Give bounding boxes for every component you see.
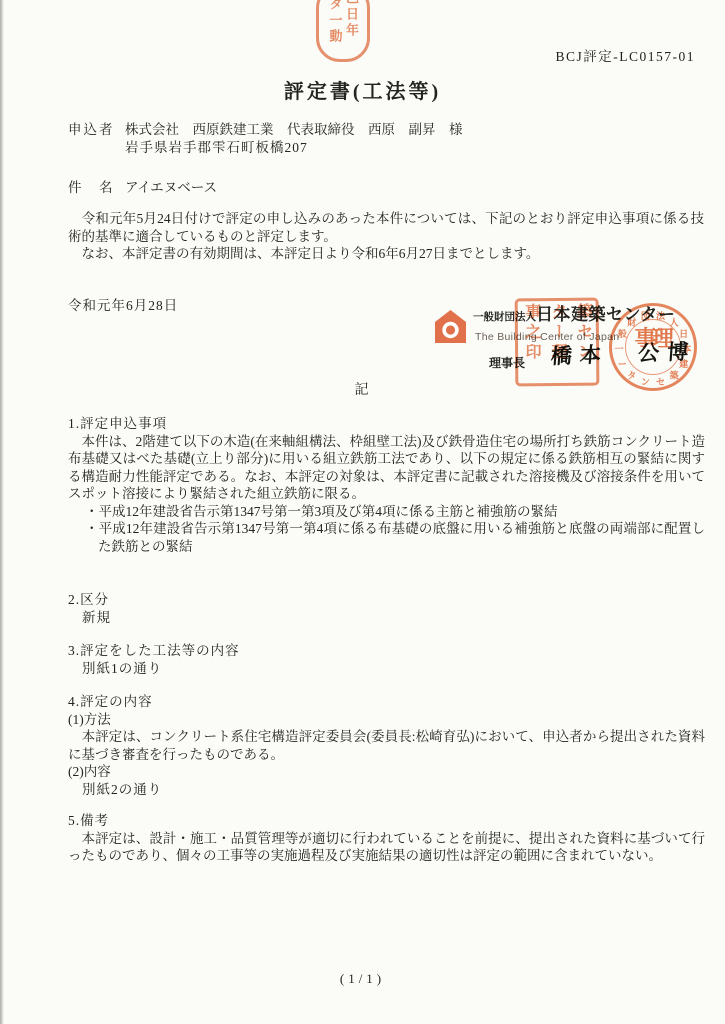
spacer xyxy=(68,677,705,693)
section-4-method-body: 本評定は、コンクリート系住宅構造評定委員会(委員長:松崎育弘)において、申込者か… xyxy=(68,728,705,763)
square-seal-stamp: 日本建築センター理事之印 xyxy=(515,298,600,387)
section-1: 1.評定申込事項 本件は、2階建て以下の木造(在来軸組構法、枠組壁工法)及び鉄骨… xyxy=(68,415,705,555)
page-number: (1/1) xyxy=(0,970,725,988)
applicant-address: 岩手県岩手郡雫石町板橋207 xyxy=(125,139,463,157)
intro-paragraphs: 令和元年5月24日付けで評定の申し込みのあった本件については、下記のとおり評定申… xyxy=(68,210,704,263)
section-5-body: 本評定は、設計・施工・品質管理等が適切に行われていることを前提に、提出された資料… xyxy=(68,830,705,865)
applicant-name: 株式会社 西原鉄建工業 代表取締役 西原 副昇 様 xyxy=(125,122,463,137)
section-3-heading: 3.評定をした工法等の内容 xyxy=(68,642,705,660)
square-seal-glyphs: 日本建築センター理事之印 xyxy=(518,300,600,381)
section-4: 4.評定の内容 (1)方法 本評定は、コンクリート系住宅構造評定委員会(委員長:… xyxy=(68,693,705,798)
partial-stamp-top: 乙日年 タ一動 xyxy=(316,0,370,62)
section-1-bullet-2: ・平成12年建設省告示第1347号第一第4項に係る布基礎の底盤に用いる補強筋と底… xyxy=(68,520,705,555)
section-2-heading: 2.区分 xyxy=(68,591,705,609)
section-4-heading: 4.評定の内容 xyxy=(68,693,705,711)
stamp-glyphs: 乙日年 xyxy=(343,0,361,39)
section-3: 3.評定をした工法等の内容 別紙1の通り xyxy=(68,642,705,677)
applicant-row: 申込者株式会社 西原鉄建工業 代表取締役 西原 副昇 様 xyxy=(68,121,463,139)
spacer xyxy=(68,626,705,642)
section-4-content-body: 別紙2の通り xyxy=(82,781,705,799)
section-3-body: 別紙1の通り xyxy=(82,660,705,678)
intro-paragraph-1: 令和元年5月24日付けで評定の申し込みのあった本件については、下記のとおり評定申… xyxy=(68,210,704,245)
round-seal-stamp: 一般財団法人日本建築センター 理事 xyxy=(609,303,697,391)
subject-label: 件 名 xyxy=(68,179,125,197)
stamp-glyphs: タ一動 xyxy=(326,0,344,45)
section-2: 2.区分 新規 xyxy=(68,591,705,626)
issue-date: 令和元年6月28日 xyxy=(68,297,178,315)
certificate-page: 乙日年 タ一動 BCJ評定-LC0157-01 評定書(工法等) 申込者株式会社… xyxy=(0,0,725,1024)
spacer xyxy=(68,555,705,591)
round-seal-center-text: 理事 xyxy=(636,327,671,368)
section-4-method-label: (1)方法 xyxy=(68,711,705,729)
section-1-heading: 1.評定申込事項 xyxy=(68,415,705,433)
intro-paragraph-2: なお、本評定書の有効期間は、本評定日より令和6年6月27日までとします。 xyxy=(68,245,704,263)
scan-edge-shadow xyxy=(0,0,4,1024)
section-5: 5.備考 本評定は、設計・施工・品質管理等が適切に行われていることを前提に、提出… xyxy=(68,812,705,865)
subject-block: 件 名アイエヌベース xyxy=(68,179,217,197)
main-sections: 1.評定申込事項 本件は、2階建て以下の木造(在来軸組構法、枠組壁工法)及び鉄骨… xyxy=(68,415,705,865)
document-title: 評定書(工法等) xyxy=(0,84,725,102)
section-5-heading: 5.備考 xyxy=(68,812,705,830)
bcj-house-logo-icon xyxy=(435,310,466,348)
section-2-body: 新規 xyxy=(82,609,705,627)
spacer xyxy=(68,798,705,812)
applicant-block: 申込者株式会社 西原鉄建工業 代表取締役 西原 副昇 様 岩手県岩手郡雫石町板橋… xyxy=(68,121,463,156)
section-1-bullet-1: ・平成12年建設省告示第1347号第一第3項及び第4項に係る主筋と補強筋の緊結 xyxy=(68,503,705,521)
subject-value: アイエヌベース xyxy=(125,180,217,195)
document-number: BCJ評定-LC0157-01 xyxy=(555,48,695,66)
section-4-content-label: (2)内容 xyxy=(68,763,705,781)
section-1-body: 本件は、2階建て以下の木造(在来軸組構法、枠組壁工法)及び鉄骨造住宅の場所打ち鉄… xyxy=(68,433,705,503)
ki-marker: 記 xyxy=(0,382,725,400)
applicant-label: 申込者 xyxy=(68,121,125,139)
